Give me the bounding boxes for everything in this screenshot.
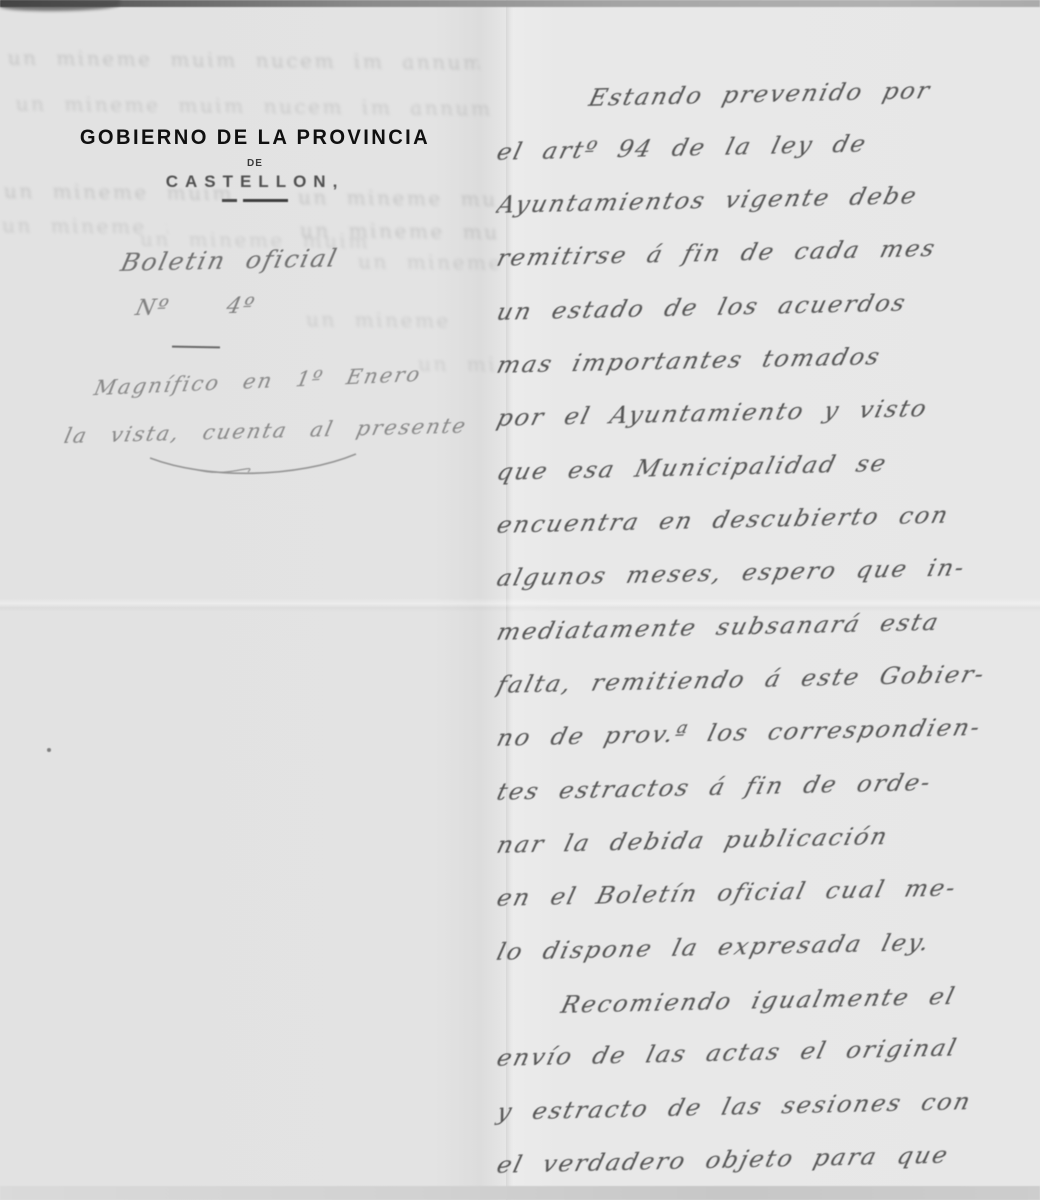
letterhead: GOBIERNO DE LA PROVINCIA DE CASTELLON, [72, 126, 438, 202]
scan-bottom-edge [0, 1186, 1040, 1200]
letterhead-castellon-line: CASTELLON, [72, 172, 438, 192]
page-right [506, 0, 1040, 1200]
ghost-bleedthrough-line: un mineme muim nucem im annum enim minue… [303, 307, 471, 335]
ghost-bleedthrough-line: un mineme muim nucem im annum enim minue… [5, 46, 481, 77]
handwritten-number: Nº 4º [133, 294, 258, 321]
ghost-bleedthrough-line: un mineme muim nucem im annum enim minue… [415, 352, 500, 379]
signature-flourish [138, 448, 368, 482]
scanned-document: un mineme muim nucem im annum enim minue… [0, 0, 1040, 1200]
scan-top-edge [0, 0, 1040, 7]
ghost-bleedthrough-line: un mineme muim nucem im annum enim minue… [13, 91, 497, 122]
letterhead-de-line: DE [72, 158, 438, 169]
letterhead-government-line: GOBIERNO DE LA PROVINCIA [79, 126, 430, 150]
handwritten-boletin-oficial: Boletin oficial [118, 243, 341, 277]
ink-speck [47, 748, 51, 752]
letterhead-rule [222, 199, 288, 202]
